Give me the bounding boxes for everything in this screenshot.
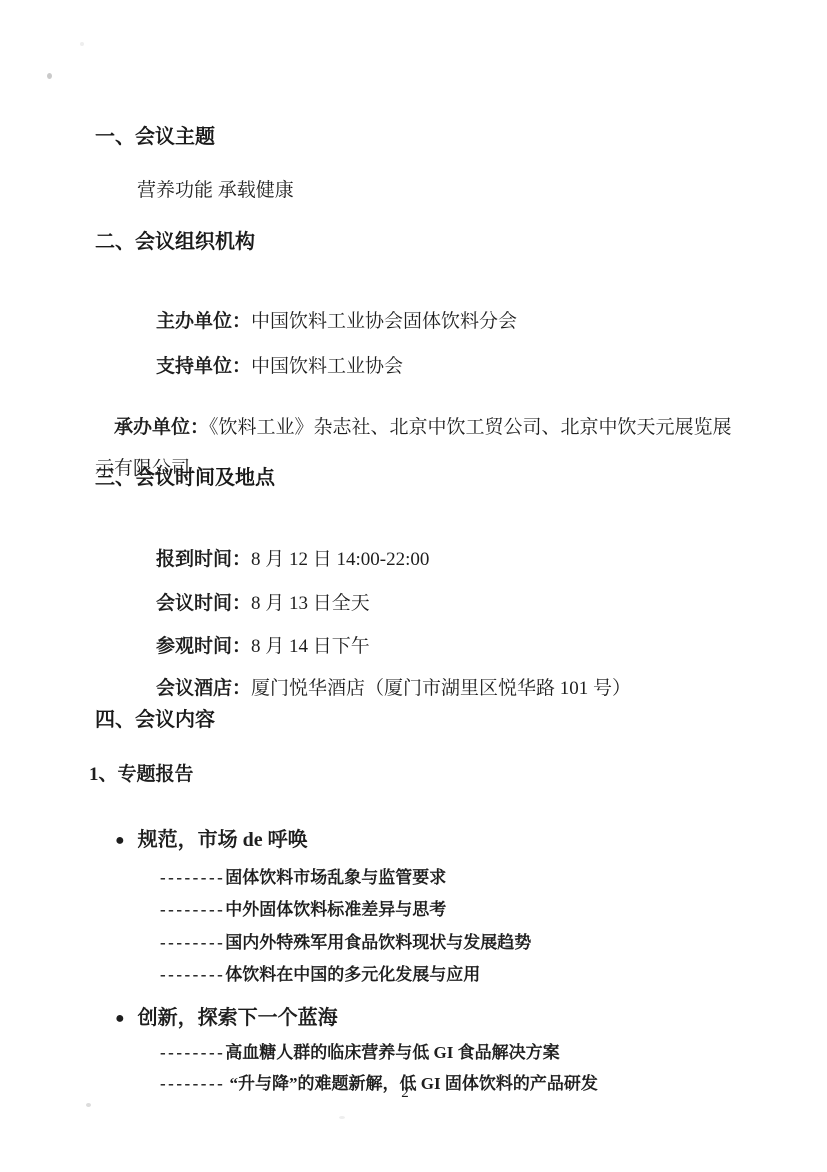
organizer-value: 中国饮料工业协会固体饮料分会: [251, 311, 517, 332]
scan-speck: [47, 73, 52, 79]
section-2-heading: 二、会议组织机构: [95, 230, 255, 255]
organizer-label: 主办单位：: [156, 311, 251, 332]
scan-speck: [86, 1103, 91, 1107]
schedule-value: 厦门悦华酒店（厦门市湖里区悦华路 101 号）: [251, 678, 631, 699]
theme-text: 营养功能 承载健康: [137, 179, 294, 203]
organizer-item: 承办单位：《饮料工业》杂志社、北京中饮工贸公司、北京中饮天元展览展示有限公司: [95, 366, 739, 530]
section-4-heading: 四、会议内容: [95, 708, 215, 733]
scan-speck: [339, 1116, 345, 1119]
organizer-label: 承办单位：: [114, 417, 209, 438]
section-4-subheading: 1、专题报告: [89, 763, 194, 787]
document-page: 一、会议主题 营养功能 承载健康 二、会议组织机构 主办单位：中国饮料工业协会固…: [0, 0, 827, 1172]
bullet-icon: ●: [115, 831, 125, 851]
bullet-icon: ●: [115, 1009, 125, 1029]
scan-speck: [80, 42, 84, 46]
page-number: 2: [0, 1084, 810, 1103]
schedule-label: 会议酒店：: [156, 678, 251, 699]
section-1-heading: 一、会议主题: [95, 125, 215, 150]
section-3-heading: 三、会议时间及地点: [95, 466, 275, 491]
schedule-value: 8 月 12 日 14:00-22:00: [251, 549, 429, 570]
schedule-label: 报到时间：: [156, 549, 251, 570]
